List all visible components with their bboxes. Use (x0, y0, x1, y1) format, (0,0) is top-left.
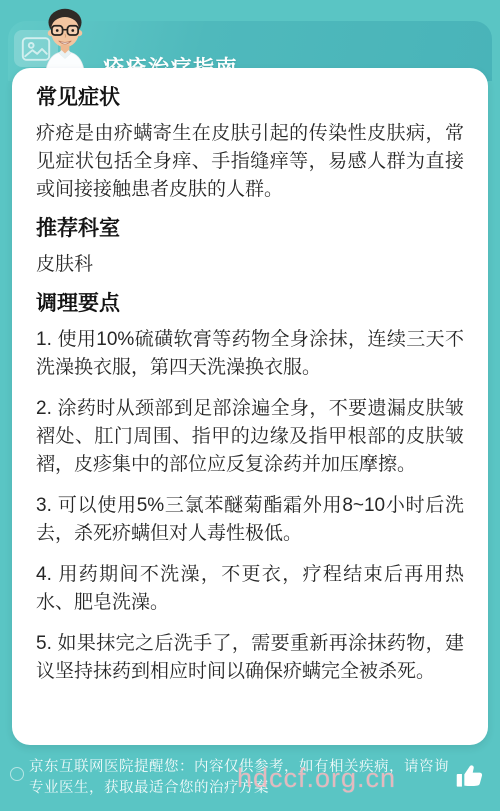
care-point-item: 3. 可以使用5%三氯苯醚菊酯霜外用8~10小时后洗去，杀死疥螨但对人毒性极低。 (36, 492, 464, 548)
disclaimer-text: 京东互联网医院提醒您：内容仅供参考，如有相关疾病，请咨询专业医生，获取最适合您的… (29, 757, 449, 799)
care-point-item: 4. 用药期间不洗澡，不更衣，疗程结束后再用热水、肥皂洗澡。 (36, 561, 464, 617)
department-text: 皮肤科 (36, 251, 464, 279)
content-card: 常见症状 疥疮是由疥螨寄生在皮肤引起的传染性皮肤病，常见症状包括全身痒、手指缝痒… (12, 68, 488, 745)
care-point-item: 2. 涂药时从颈部到足部涂遍全身，不要遗漏皮肤皱褶处、肛门周围、指甲的边缘及指甲… (36, 395, 464, 479)
symptoms-text: 疥疮是由疥螨寄生在皮肤引起的传染性皮肤病，常见症状包括全身痒、手指缝痒等，易感人… (36, 120, 464, 204)
section-heading-care-points: 调理要点 (36, 292, 464, 316)
page-background: 疥疮治疗指南 常见症状 疥疮是由疥螨寄生在皮肤引起的传染性皮肤病，常见症状包括全… (0, 0, 500, 811)
info-icon (10, 767, 24, 781)
care-point-item: 1. 使用10%硫磺软膏等药物全身涂抹，连续三天不洗澡换衣服，第四天洗澡换衣服。 (36, 326, 464, 382)
section-heading-department: 推荐科室 (36, 217, 464, 241)
doctor-avatar (35, 1, 95, 73)
section-heading-symptoms: 常见症状 (36, 86, 464, 110)
thumbs-up-icon (455, 760, 487, 792)
care-point-item: 5. 如果抹完之后洗手了，需要重新再涂抹药物，建议坚持抹药到相应时间以确保疥螨完… (36, 630, 464, 686)
thumbs-up-button[interactable] (455, 760, 487, 792)
